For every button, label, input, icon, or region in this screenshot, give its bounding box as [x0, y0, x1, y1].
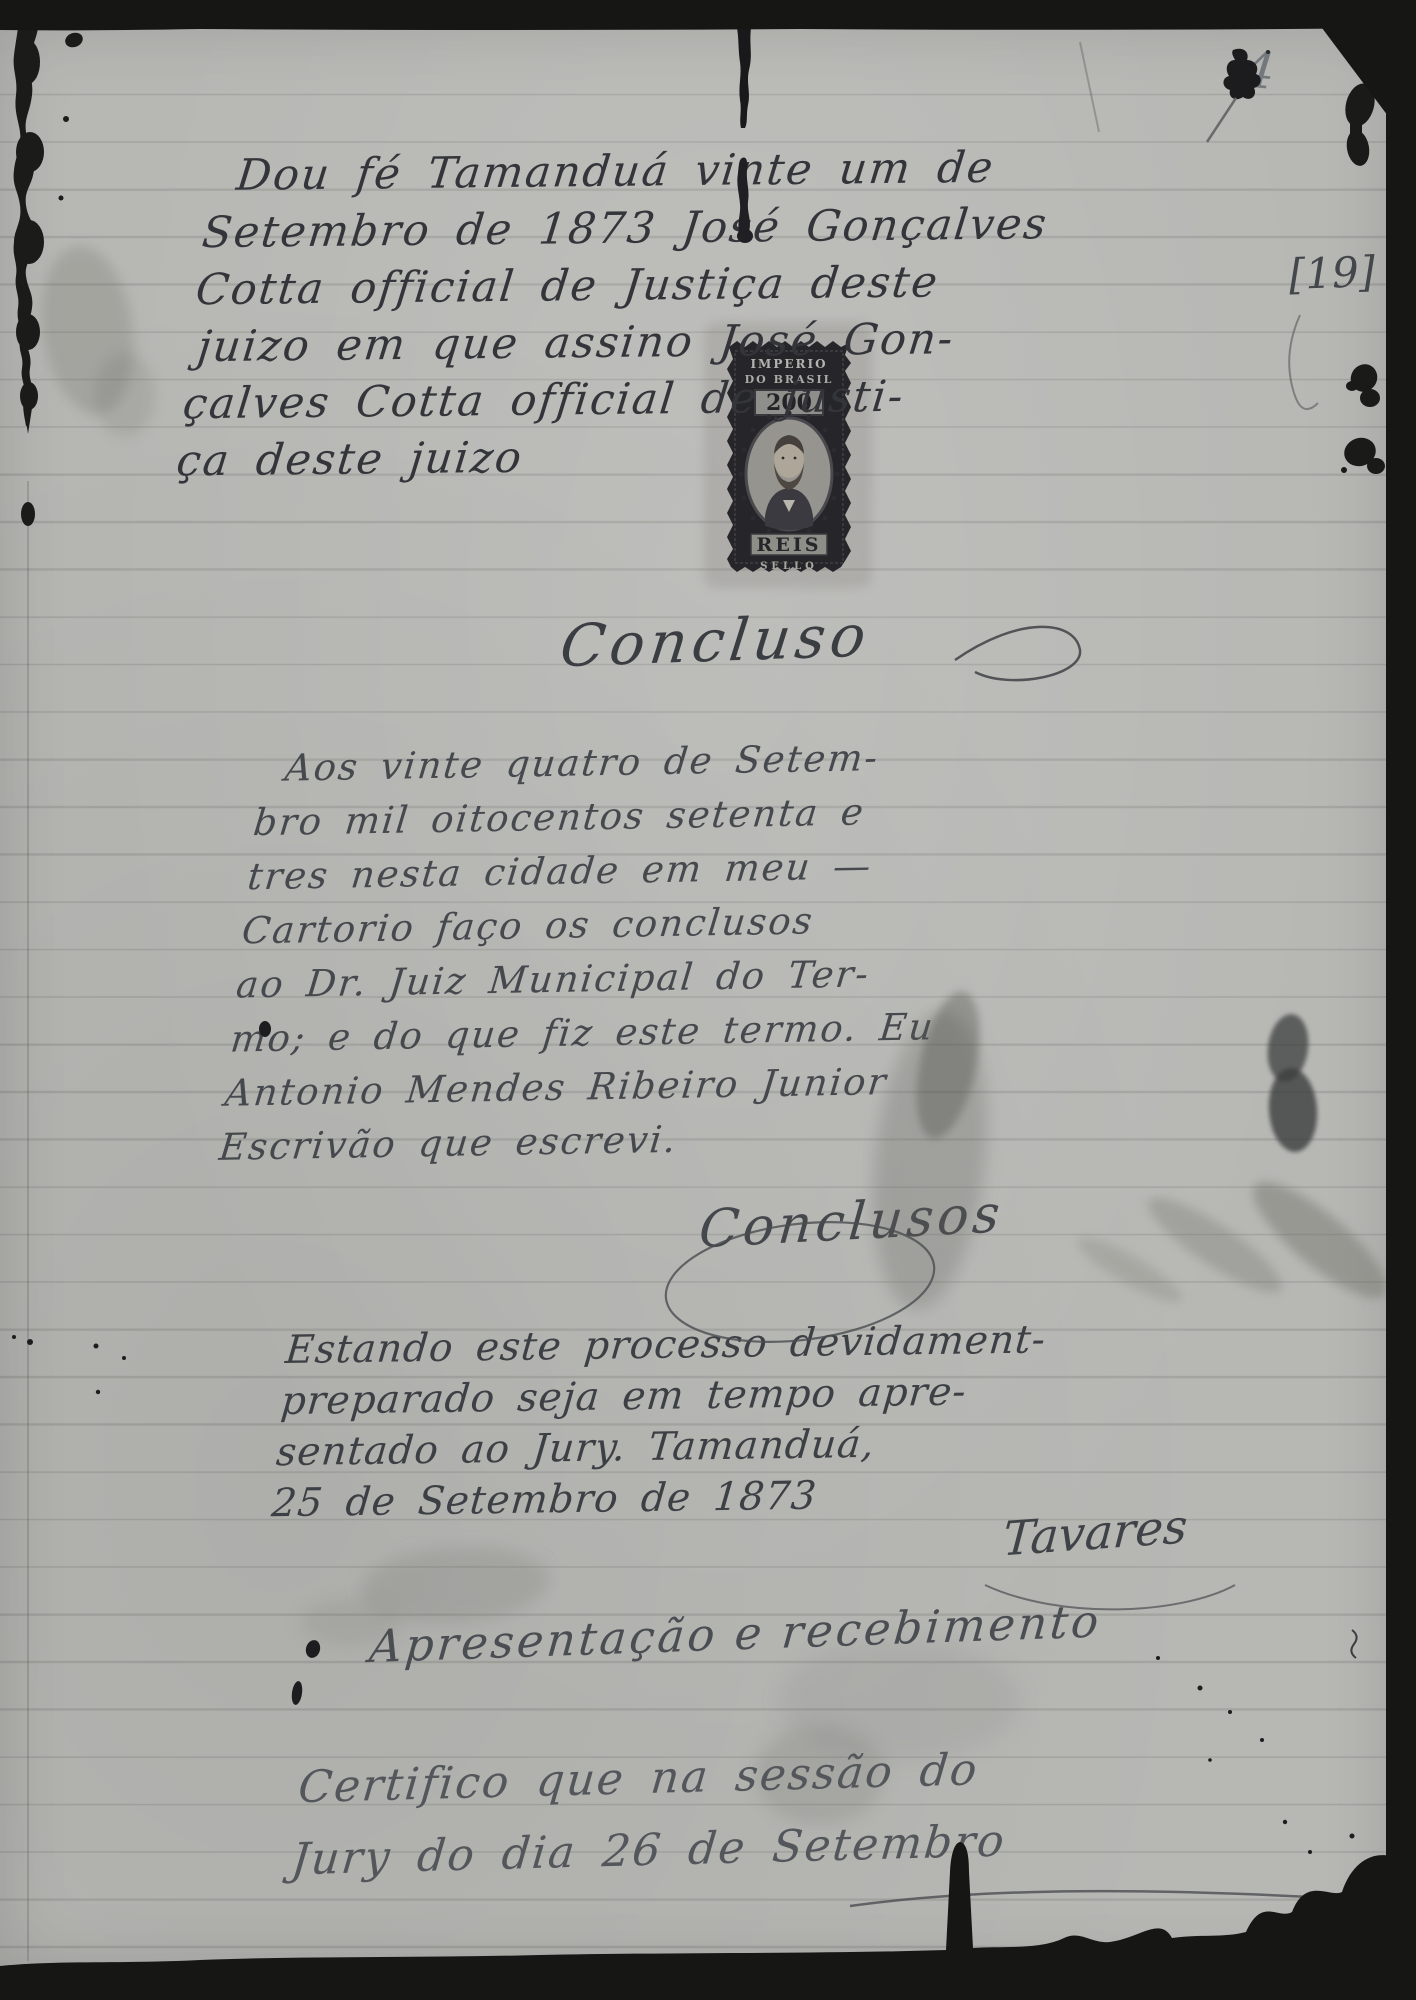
- scan-border-bottom: [0, 1842, 1416, 2000]
- concluso-flourish: [955, 627, 1080, 680]
- ink-dots: [12, 1021, 1355, 1854]
- conclusos-oval-flourish: [659, 1208, 941, 1356]
- ink-layer: [0, 0, 1416, 2000]
- scanned-manuscript-page: IMPERIO DO BRASIL 200 REIS SELLO Dou fé …: [0, 0, 1416, 2000]
- scan-border-top: [0, 0, 1416, 30]
- scan-border-right: [1386, 26, 1416, 1976]
- ink-blob-tamandua: [737, 229, 753, 243]
- right-edge-blots: [1340, 80, 1385, 474]
- squiggle-mark: [1351, 1630, 1356, 1658]
- pencil-scratch: [1080, 42, 1099, 132]
- speck: [1266, 50, 1270, 54]
- corner-mark-tail: [1207, 98, 1236, 142]
- signature-flourish: [985, 1585, 1235, 1609]
- mid-ink-streak: [737, 158, 750, 239]
- corner-ink-mark: [1223, 49, 1260, 99]
- top-ink-drip: [737, 28, 751, 128]
- pencil-curve-below-folio: [1289, 315, 1318, 409]
